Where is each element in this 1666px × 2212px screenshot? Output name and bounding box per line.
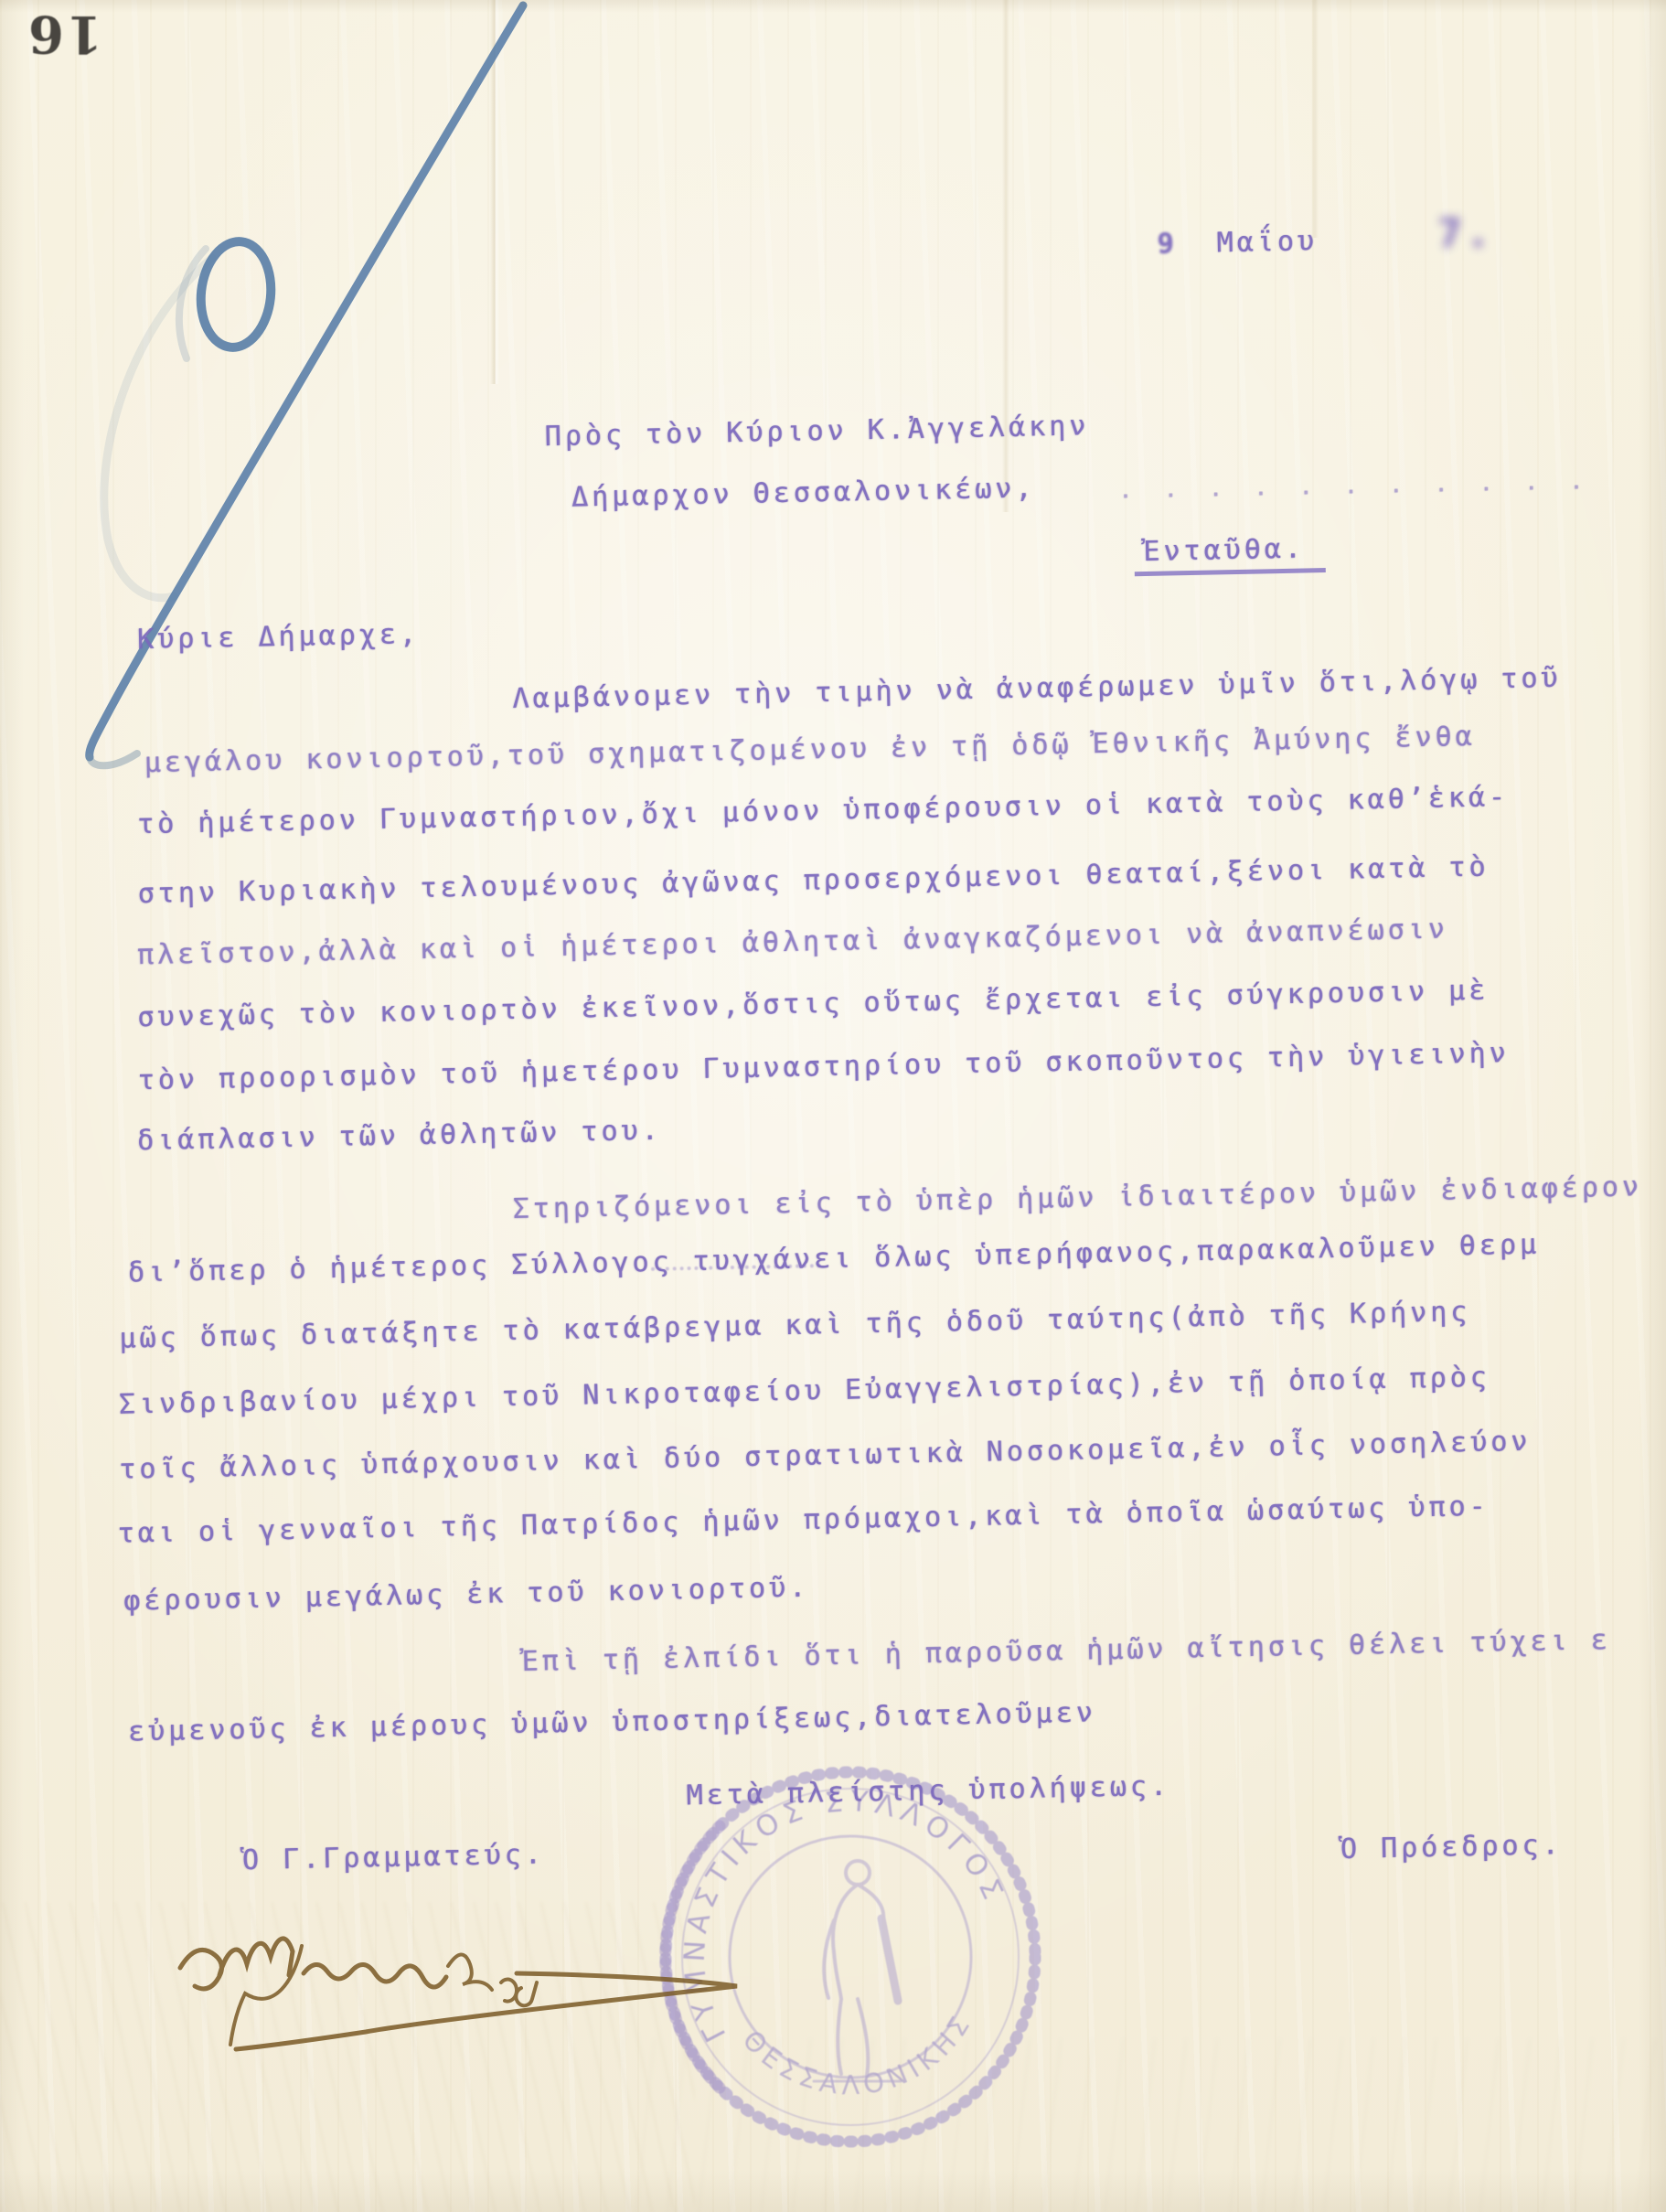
typed-letter: 9 Μαΐου 7. Πρὸς τὸν Κύριον Κ.Ἀγγελάκην Δ… bbox=[0, 0, 1666, 2212]
body-line: πλεῖστον,ἀλλὰ καὶ οἱ ἡμέτεροι ἀθληταὶ ἀν… bbox=[137, 915, 1448, 969]
body-line: τὸ ἡμέτερον Γυμναστήριον,ὄχι μόνον ὑποφέ… bbox=[137, 784, 1509, 839]
date-smudged-numeral: 7. bbox=[1437, 213, 1494, 254]
body-line: φέρουσιν μεγάλως ἐκ τοῦ κονιορτοῦ. bbox=[123, 1575, 810, 1616]
body-line: στην Κυριακὴν τελουμένους ἀγῶνας προσερχ… bbox=[137, 854, 1489, 909]
president-title: Ὁ Πρόεδρος. bbox=[1340, 1832, 1563, 1864]
body-line: διάπλασιν τῶν ἀθλητῶν του. bbox=[137, 1117, 662, 1156]
body-line: τὸν προορισμὸν τοῦ ἡμετέρου Γυμναστηρίου… bbox=[137, 1040, 1509, 1095]
recipient-dotted-rule: . . . . . . . . . . . bbox=[1118, 469, 1592, 502]
date-month: Μαΐου bbox=[1216, 228, 1318, 257]
body-line: δι’ὅπερ ὁ ἡμέτερος Σύλλογος τυγχάνει ὅλω… bbox=[128, 1231, 1541, 1287]
body-line: εὐμενοῦς ἐκ μέρους ὑμῶν ὑποστηρίξεως,δια… bbox=[128, 1699, 1096, 1746]
secretary-title: Ὁ Γ.Γραμματεύς. bbox=[242, 1841, 545, 1875]
letter-page: 16 ΓΥΜΝΑΣΤΙΚΟΣ ΣΥΛΛΟΓΟΣ ΘΕΣΣΑΛΟΝΙΚΗΣ bbox=[0, 0, 1666, 2212]
recipient-place-line: Ἐνταῦθα. bbox=[1134, 535, 1325, 576]
body-line: τοῖς ἄλλοις ὑπάρχουσιν καὶ δύο στρατιωτι… bbox=[119, 1428, 1532, 1484]
recipient-to-line: Πρὸς τὸν Κύριον Κ.Ἀγγελάκην bbox=[544, 412, 1089, 451]
recipient-title-line: Δήμαρχον Θεσσαλονικέων, bbox=[571, 475, 1036, 511]
salutation: Κύριε Δήμαρχε, bbox=[137, 621, 420, 654]
body-line: Λαμβάνομεν τὴν τιμὴν νὰ ἀναφέρωμεν ὑμῖν … bbox=[512, 665, 1562, 713]
body-line: Σινδριβανίου μέχρι τοῦ Νικροταφείου Εὐαγ… bbox=[119, 1364, 1490, 1419]
body-line: ται οἱ γενναῖοι τῆς Πατρίδος ἡμῶν πρόμαχ… bbox=[117, 1493, 1489, 1548]
valediction: Μετὰ πλείστης ὑπολήψεως. bbox=[686, 1773, 1170, 1811]
date-day: 9 bbox=[1157, 230, 1178, 258]
body-line: μεγάλου κονιορτοῦ,τοῦ σχηματιζομένου ἐν … bbox=[144, 723, 1475, 777]
body-line: Στηριζόμενοι εἰς τὸ ὑπὲρ ἡμῶν ἰδιαιτέρον… bbox=[512, 1173, 1642, 1224]
body-line: Ἐπὶ τῇ ἐλπίδι ὅτι ἡ παροῦσα ἡμῶν αἴτησις… bbox=[521, 1627, 1611, 1676]
body-line: συνεχῶς τὸν κονιορτὸν ἐκεῖνον,ὅστις οὕτω… bbox=[137, 978, 1489, 1032]
body-line: μῶς ὅπως διατάξητε τὸ κατάβρεγμα καὶ τῆς… bbox=[119, 1298, 1470, 1353]
